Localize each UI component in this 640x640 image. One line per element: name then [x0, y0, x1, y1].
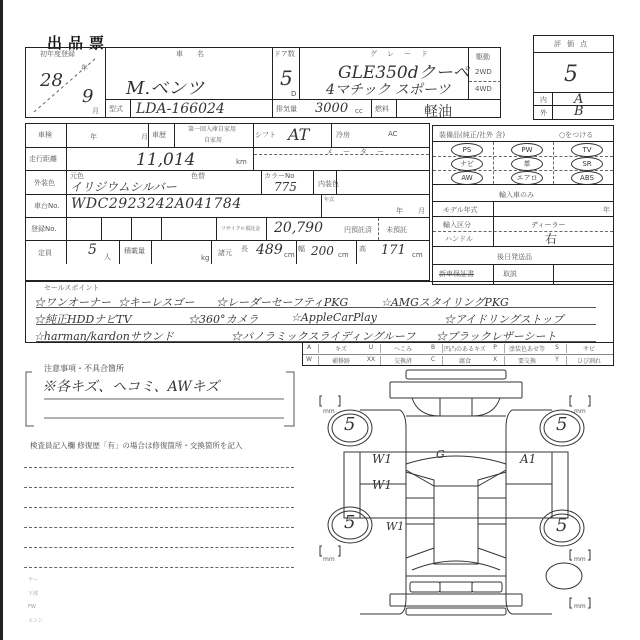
inspection-month-unit: 月	[141, 132, 148, 142]
sales-point: ☆キーレスゴー	[118, 294, 194, 310]
legend-text: ひび割れ	[566, 356, 611, 365]
import-col	[493, 201, 494, 246]
registration-no-label: 登録No.	[31, 224, 57, 234]
grid-col5	[331, 124, 332, 147]
sales-point: ☆アイドリングストップ	[444, 311, 563, 327]
info-grid: 車検 年 月 車歴 第一回入庫自家用 自家用 シフト AT 冷房 AC 走行距離…	[25, 123, 430, 281]
first-owner-sub: 自家用	[204, 135, 222, 144]
mm-label: mm	[574, 603, 586, 610]
meter-dash	[254, 154, 429, 155]
later-row	[433, 264, 613, 265]
capacity-unit: 人	[104, 252, 111, 262]
score-divider	[534, 52, 613, 53]
reg-cell2	[131, 217, 132, 240]
import-top	[433, 184, 613, 185]
legend-text: キズ	[318, 344, 363, 353]
inspector-label: 検査員記入欄 修復歴「有」の場合は修復箇所・交換箇所を記入	[30, 440, 242, 451]
mm-label: mm	[323, 556, 335, 563]
vin-value: WDC2923242A041784	[71, 196, 242, 212]
capacity-label: 定員	[38, 248, 52, 258]
shift-label: シフト	[255, 130, 276, 140]
legend-code: W	[302, 356, 316, 363]
footer-label: FW	[28, 604, 36, 610]
inspector-line	[24, 567, 294, 568]
capacity-divider	[119, 240, 120, 264]
exterior-color-label: 外装色	[34, 178, 55, 188]
equipment-label: 装備品(純正/社外 含)	[439, 130, 505, 140]
fuel-value: 軽油	[424, 101, 452, 121]
equipment-note: ○をつける	[559, 130, 593, 140]
legend-code: U	[364, 344, 378, 351]
width-divider	[296, 240, 297, 264]
drive-divider	[468, 48, 469, 99]
shift-value: AT	[288, 125, 309, 144]
exterior-paint-label: 色替	[191, 171, 205, 181]
footer-label: エンジ	[28, 617, 43, 624]
later-shipping-label: 後日発送品	[497, 252, 532, 262]
fiscal-label: 年式	[324, 196, 334, 203]
mileage-label: 走行距離	[29, 154, 57, 164]
legend-code: XX	[364, 356, 378, 363]
inspector-line	[24, 527, 294, 528]
sales-point: ☆純正HDDナビTV	[34, 311, 132, 327]
tire-front-right: 5	[556, 414, 567, 435]
mm-label: mm	[574, 408, 586, 415]
fuel-label: 燃料	[375, 104, 389, 114]
legend-text: へこみ	[380, 344, 425, 353]
doors-unit: D	[291, 90, 296, 98]
car-name-value: M.ベンツ	[126, 74, 204, 100]
height-label: 高	[359, 244, 366, 254]
score-label: 評価点	[554, 39, 593, 49]
grid-row2	[26, 170, 429, 171]
legend-code: Y	[550, 356, 564, 363]
displacement-value: 3000	[315, 101, 348, 116]
equipment-box: 装備品(純正/社外 含) ○をつける PS PW TV ナビ 革 SR AW エ…	[432, 125, 614, 285]
vin-label: 車台No.	[34, 201, 60, 211]
recycle-unit: 円預託済	[344, 225, 372, 235]
legend-code: S	[550, 344, 564, 351]
color-no-value: 775	[274, 180, 297, 194]
length-value: 489	[256, 242, 283, 258]
height-divider	[356, 240, 357, 264]
equip-col2	[553, 142, 554, 184]
tire-front-left: 5	[344, 414, 355, 435]
history-label: 車歴	[152, 130, 166, 140]
legend-text: 塗装色あせ等	[504, 344, 549, 353]
damage-mark-windshield: G	[436, 448, 445, 461]
fiscal-divider	[321, 194, 322, 217]
reg-cell1	[101, 217, 102, 240]
fiscal-year-unit: 年	[396, 206, 403, 216]
later-top	[433, 246, 613, 247]
recycle-alt: 未預託	[386, 225, 407, 235]
interior-label: 内	[540, 95, 547, 105]
meter-divider	[253, 147, 254, 170]
tire-rear-right: 5	[556, 515, 567, 536]
dim-divider	[211, 240, 212, 264]
load-divider	[151, 240, 152, 264]
grid-col4	[253, 124, 254, 147]
equip-aero: エアロ	[511, 171, 543, 185]
grid-col3	[174, 124, 175, 147]
import-label: 輸入車のみ	[499, 190, 534, 200]
doors-label: ドア数	[274, 49, 295, 59]
height-unit: cm	[412, 251, 423, 259]
scan-border	[0, 0, 3, 640]
exterior-color-value: イリジウムシルバー	[70, 178, 177, 195]
tire-rear-left: 5	[344, 512, 355, 533]
exterior-score: B	[574, 104, 584, 119]
sales-point: ☆360°カメラ	[188, 311, 259, 327]
width-value: 200	[311, 244, 334, 258]
recycle-divider	[266, 217, 267, 240]
footer-label: 下部	[28, 590, 38, 597]
import-row3	[433, 231, 613, 232]
score-box: 評価点 5 内 A 外 B	[533, 35, 614, 120]
import-type-value: ディーラー	[531, 220, 565, 230]
equip-col1	[493, 142, 494, 184]
capacity-value: 5	[88, 242, 97, 258]
fuel-divider	[396, 100, 397, 117]
recycle-value: 20,790	[274, 220, 323, 236]
legend-code: P	[488, 344, 502, 351]
first-owner-label: 第一回入庫自家用	[188, 124, 236, 133]
score-value: 5	[564, 62, 578, 87]
color-no-divider	[261, 170, 262, 194]
first-registration-box: 初年度登録 28 年 9 月	[25, 47, 106, 118]
inspection-year-unit: 年	[90, 132, 97, 142]
mm-label: mm	[574, 556, 586, 563]
grid-col1	[66, 124, 67, 194]
grid-row3	[26, 194, 429, 195]
legend-text: サビ	[566, 344, 611, 353]
legend-code: A	[302, 344, 316, 351]
model-year-unit: 年	[603, 205, 610, 215]
grade-box: グレード GLE350dクーペ 4マチック スポーツ 駆動 2WD 4WD	[299, 47, 501, 100]
model-year-label: モデル年式	[443, 205, 478, 215]
sales-points-label: セールスポイント	[44, 283, 99, 293]
damage-mark-rear-left-door: W1	[372, 478, 392, 492]
later-warranty: 新車保証書	[439, 269, 474, 279]
diagonal-divider	[26, 48, 104, 116]
height-value: 171	[381, 243, 406, 258]
width-unit: cm	[338, 251, 349, 259]
equip-sr: SR	[571, 157, 603, 171]
drive-dash	[469, 81, 501, 82]
grid-col1b	[66, 194, 67, 264]
grid-col2	[148, 124, 149, 147]
legend-text: 交換済	[380, 356, 425, 365]
doors-value: 5	[280, 66, 293, 90]
mm-label: mm	[323, 408, 335, 415]
equip-leather: 革	[511, 157, 543, 171]
inspector-line	[24, 487, 294, 488]
equip-ps: PS	[451, 143, 483, 157]
doors-box: ドア数 5 D	[272, 47, 300, 100]
damage-mark-front-right-door: A1	[520, 452, 536, 466]
exterior-label: 外	[540, 108, 547, 118]
inspection-label: 車検	[38, 130, 52, 140]
equip-aw: AW	[451, 171, 483, 185]
car-name-label: 車名	[176, 49, 218, 59]
drive-label: 駆動	[476, 52, 490, 62]
interior-divider-2	[336, 170, 337, 194]
inspector-line	[24, 507, 294, 508]
model-code-divider	[130, 100, 131, 117]
fuel-box: 燃料 軽油	[371, 99, 501, 118]
recycle-label: リサイクル預託金	[221, 225, 260, 232]
fiscal-month-unit: 月	[418, 206, 425, 216]
sales-point: ☆AppleCarPlay	[291, 311, 377, 324]
legend-code: B	[426, 344, 440, 351]
grade-line2: 4マチック スポーツ	[326, 79, 450, 99]
sales-point: ☆ワンオーナー	[34, 294, 111, 310]
damage-mark-front-left-door: W1	[372, 452, 392, 466]
length-unit: cm	[284, 251, 295, 259]
import-row2	[433, 216, 613, 217]
load-label: 積載量	[124, 246, 145, 256]
car-diagram	[300, 368, 640, 628]
equip-divider	[433, 141, 613, 142]
reg-cell4	[216, 217, 217, 240]
sales-points-box: セールスポイント ☆ワンオーナー ☆キーレスゴー ☆レーダーセーフティPKG ☆…	[25, 281, 614, 343]
notes-value: ※各キズ、ヘコミ、AWキズ	[42, 376, 219, 396]
displacement-unit: cc	[355, 107, 363, 115]
mileage-value: 11,014	[136, 150, 195, 170]
recycle-dash	[378, 218, 379, 240]
equip-navi: ナビ	[451, 157, 483, 171]
inspector-line	[24, 467, 294, 468]
aircon-label: 冷房	[336, 130, 350, 140]
dimensions-label: 諸元	[218, 248, 232, 258]
import-type-label: 輸入区分	[443, 220, 471, 230]
meter-label: メーター	[326, 147, 394, 157]
legend-text: 腐食	[442, 356, 487, 365]
model-code-value: LDA-166024	[136, 101, 225, 117]
legend-row-divider	[303, 354, 613, 355]
interior-divider	[313, 170, 314, 194]
legend-code: X	[488, 356, 502, 363]
inspector-line	[24, 547, 294, 548]
sales-point: ☆harman/kardonサウンド	[34, 328, 174, 344]
handle-value: 右	[545, 230, 557, 247]
displacement-label: 排気量	[276, 104, 297, 114]
length-label: 長	[241, 244, 248, 254]
equip-tv: TV	[571, 143, 603, 157]
later-manual: 取説	[503, 269, 517, 279]
grid-row4	[26, 217, 429, 218]
model-code-label: 型式	[109, 104, 123, 114]
car-name-box: 車名 M.ベンツ	[105, 47, 273, 100]
legend-text: 要交換	[504, 356, 549, 365]
drive-2wd: 2WD	[475, 68, 492, 76]
aircon-value: AC	[388, 130, 398, 138]
drive-4wd: 4WD	[475, 85, 492, 93]
equip-pw: PW	[511, 143, 543, 157]
load-unit: kg	[201, 254, 210, 262]
import-row1	[433, 201, 613, 202]
damage-mark-rear-left-quarter: W1	[386, 520, 404, 533]
grid-row5	[26, 240, 429, 241]
reg-cell3	[161, 217, 162, 240]
model-code-box: 型式 LDA-166024	[105, 99, 273, 118]
displacement-box: 排気量 3000 cc	[272, 99, 372, 118]
width-label: 幅	[298, 244, 305, 254]
equip-abs: ABS	[571, 171, 603, 185]
mileage-unit: km	[236, 158, 247, 166]
sales-point: ☆レーダーセーフティPKG	[216, 294, 348, 310]
legend-code: C	[426, 356, 440, 363]
sales-point: ☆AMGスタイリングPKG	[381, 294, 509, 310]
footer-label: ヤー	[28, 576, 38, 583]
handle-label: ハンドル	[445, 234, 473, 244]
legend-text: 補修跡	[318, 356, 363, 365]
legend-text: 凹凸のあるキズ	[442, 344, 487, 353]
